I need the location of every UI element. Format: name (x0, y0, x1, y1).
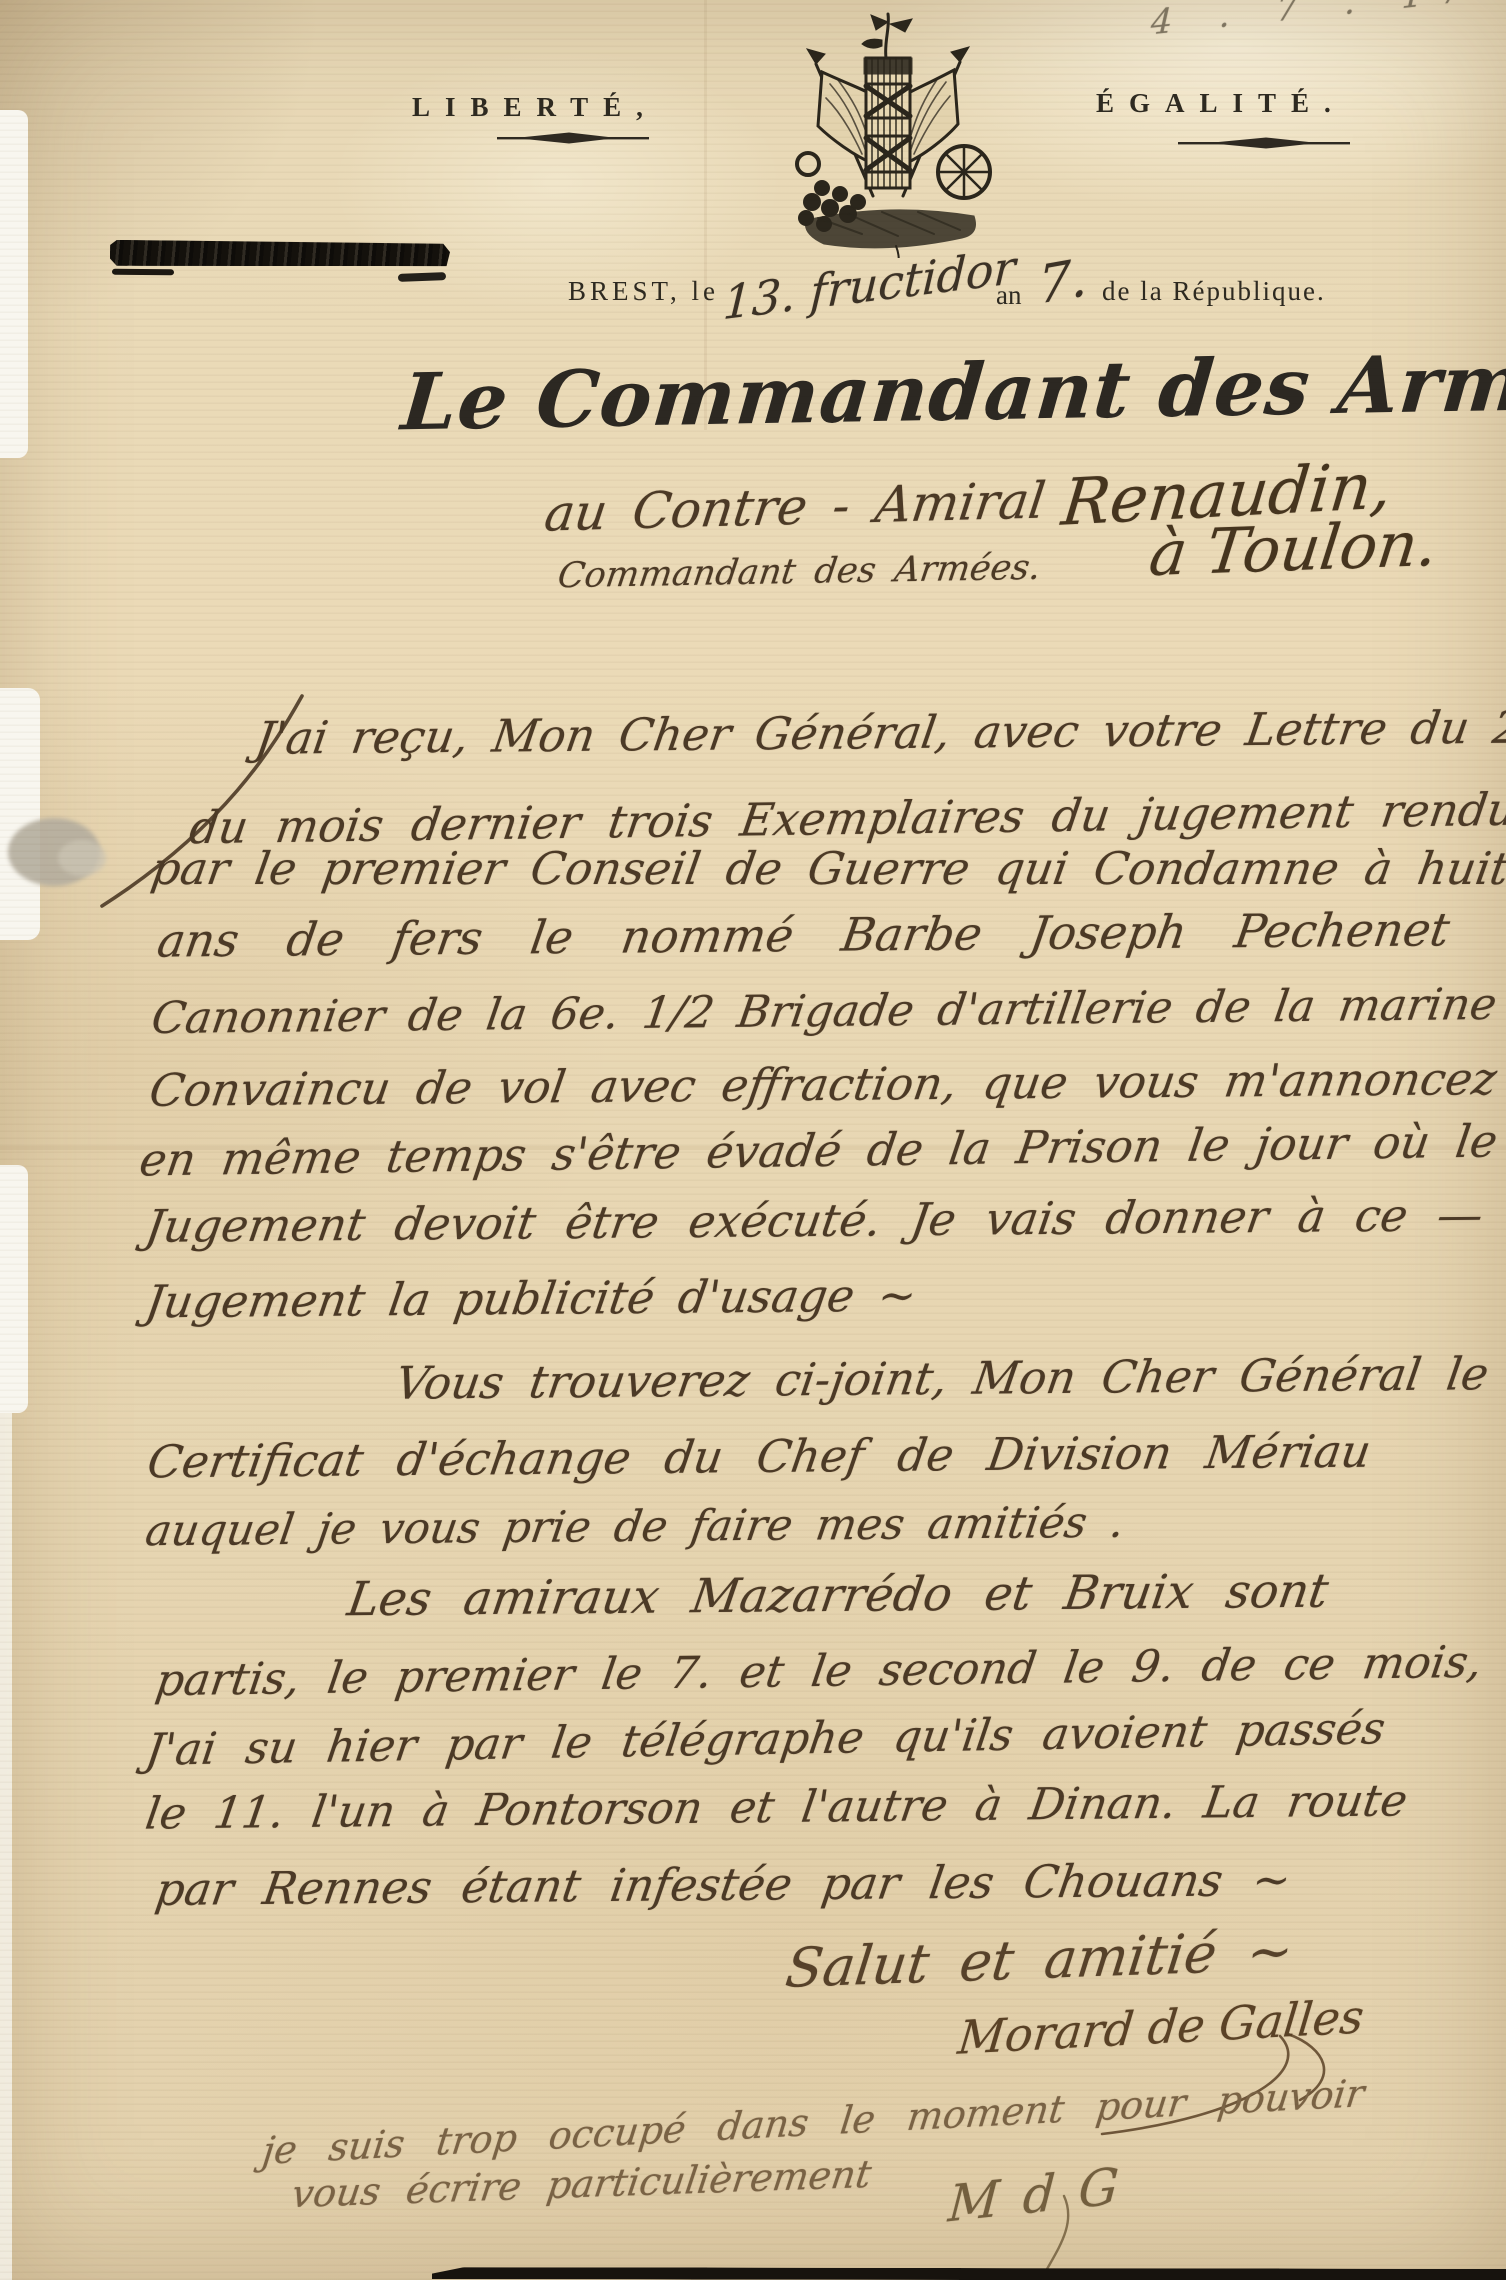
letter-body-line: le 11. l'un à Pontorson et l'autre à Din… (142, 1775, 1410, 1839)
recipient-line1-prefix: au Contre - Amiral (541, 471, 1048, 542)
ornament-rule (1178, 136, 1350, 150)
letter-body-line: partis, le premier le 7. et le second le… (152, 1637, 1485, 1707)
recipient-line2: Commandant des Armées. (555, 548, 1043, 597)
dateline-an: an (996, 280, 1021, 311)
republic-naval-emblem-icon (778, 6, 998, 258)
recipient-line2-place: à Toulon. (1146, 507, 1442, 590)
letter-body-line: par le premier Conseil de Guerre qui Con… (148, 842, 1506, 895)
masthead-egalite: ÉGALITÉ. (1096, 88, 1346, 119)
letter-body-line: par Rennes étant infestée par les Chouan… (152, 1853, 1294, 1916)
scan-edge-strip (0, 110, 28, 458)
inked-bar (110, 240, 450, 268)
corner-notation: 4 . 7 . 17 (1150, 0, 1481, 44)
scan-edge-strip (0, 688, 40, 940)
dateline-suffix: de la République. (1102, 276, 1326, 307)
letter-body-line: Convaincu de vol avec effraction, que vo… (146, 1052, 1500, 1117)
inked-dash (112, 269, 174, 276)
letter-body-line: Jugement devoit être exécuté. Je vais do… (142, 1188, 1487, 1253)
letter-scan: 4 . 7 . 17 LIBERTÉ, ÉGALITÉ. (0, 0, 1506, 2280)
letter-body-line: Canonnier de la 6e. 1/2 Brigade d'artill… (148, 979, 1500, 1044)
letter-body-line: en même temps s'être évadé de la Prison … (136, 1114, 1501, 1186)
scan-edge-strip (0, 1165, 28, 1413)
letter-body-line: J'ai reçu, Mon Cher Général, avec votre … (252, 700, 1506, 764)
dateline-place: BREST, le (568, 276, 719, 307)
letter-body-line: Les amiraux Mazarrédo et Bruix sont (344, 1564, 1332, 1628)
letter-body-line: auquel je vous prie de faire mes amitiés… (142, 1498, 1127, 1557)
scan-edge-bottom (432, 2267, 1506, 2280)
letter-body-line: Jugement la publicité d'usage ~ (142, 1269, 920, 1329)
letter-body-line: Certificat d'échange du Chef de Division… (144, 1425, 1374, 1489)
initials-flourish (1016, 2192, 1106, 2280)
closing-salutation: Salut et amitié ~ (782, 1919, 1296, 2000)
scan-edge-strip (0, 1408, 12, 2280)
dateline-year-handwritten: 7. (1038, 247, 1087, 317)
letter-body-line: J'ai su hier par le télégraphe qu'ils av… (143, 1703, 1389, 1776)
ornament-rule (497, 131, 649, 145)
masthead-liberte: LIBERTÉ, (412, 92, 658, 123)
inked-dash (398, 272, 446, 282)
letter-body-line: ans de fers le nommé Barbe Joseph Pechen… (154, 902, 1453, 967)
letter-body-line: Vous trouverez ci-joint, Mon Cher Généra… (392, 1347, 1492, 1410)
sender-title: Le Commandant des Armées, (398, 335, 1506, 449)
